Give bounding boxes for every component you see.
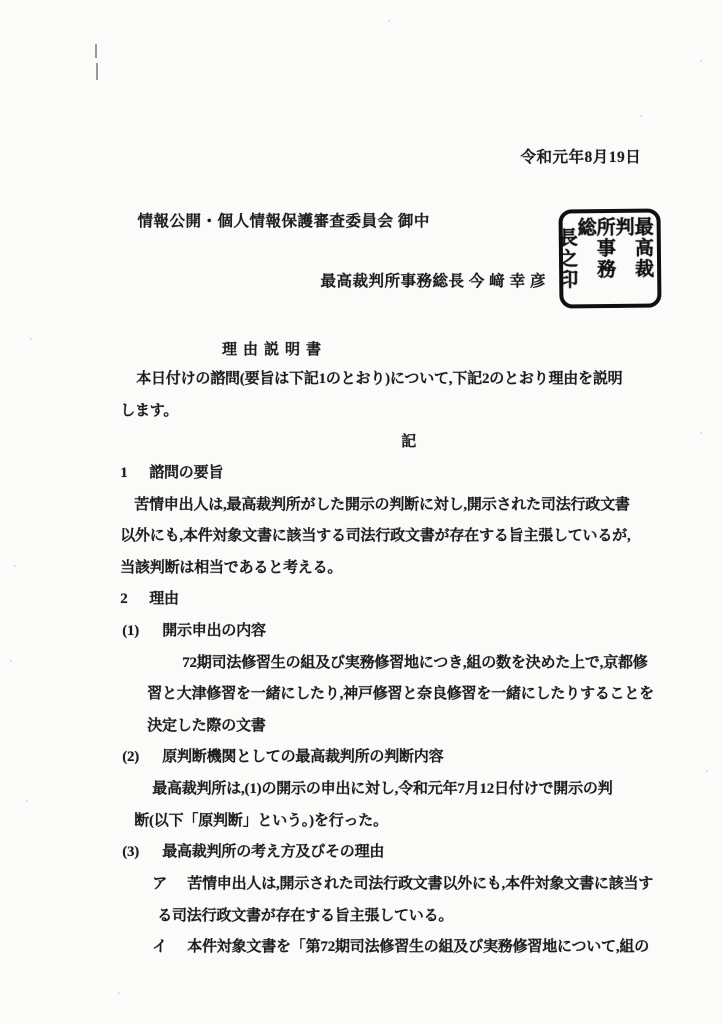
scan-artifact-dash	[96, 63, 98, 80]
line-text: 記	[401, 434, 416, 450]
document-date: 令和元年8月19日	[503, 128, 641, 188]
seal-column: 所事務総	[576, 217, 615, 300]
seal-column: 最高裁判	[614, 217, 653, 300]
addressee-line: 情報公開・個人情報保護審査委員会 御中	[120, 192, 430, 252]
official-seal-stamp-icon: 最高裁判 所事務総 長之印	[558, 208, 661, 308]
item-i-line: イ本件対象文書を「第72期司法修習生の組及び実務修習地について,組の	[138, 917, 649, 977]
subsection-number: (1)	[122, 621, 162, 641]
sender-line: 最高裁判所事務総長 今 﨑 幸 彦	[303, 252, 546, 312]
scan-speck	[640, 115, 642, 117]
sender-text: 最高裁判所事務総長 今 﨑 幸 彦	[321, 273, 547, 290]
scan-speck	[388, 20, 390, 22]
scan-speck	[700, 432, 702, 434]
scan-speck	[118, 992, 120, 994]
doc-line: します。	[106, 381, 178, 441]
scan-speck	[26, 800, 28, 802]
line-text: します。	[120, 403, 178, 419]
date-text: 令和元年8月19日	[521, 149, 642, 166]
scan-speck	[14, 565, 16, 567]
seal-column: 長之印	[557, 227, 577, 290]
line-text: 本日付けの諮問(要旨は下記1のとおり)について,下記2のとおり理由を説明	[136, 371, 622, 387]
scanned-document-page: 令和元年8月19日 情報公開・個人情報保護審査委員会 御中 最高裁判所事務総長 …	[0, 0, 723, 1024]
line-text: 本件対象文書を「第72期司法修習生の組及び実務修習地について,組の	[187, 939, 649, 955]
scan-speck	[706, 770, 708, 772]
addressee-text: 情報公開・個人情報保護審査委員会 御中	[138, 213, 430, 230]
scan-speck	[30, 338, 32, 340]
doc-line: 本日付けの諮問(要旨は下記1のとおり)について,下記2のとおり理由を説明	[122, 349, 622, 409]
scan-artifact-dash	[95, 44, 97, 58]
record-marker: 記	[387, 412, 416, 472]
item-marker: イ	[152, 937, 187, 957]
scan-speck	[10, 660, 12, 662]
scan-speck	[700, 60, 702, 62]
